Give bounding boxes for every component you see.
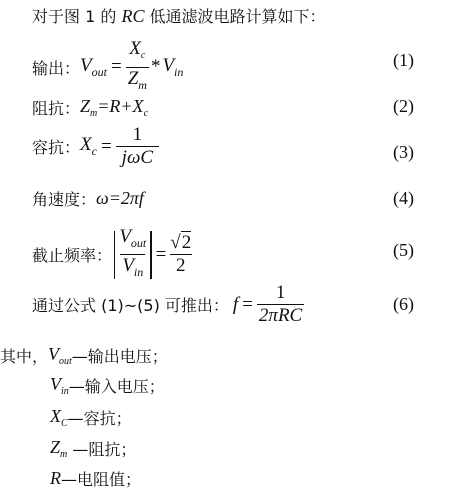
definition-desc: —输入电压； (69, 374, 165, 397)
equation-5-label: 截止频率： (32, 243, 112, 266)
sqrt-icon: √ (170, 232, 180, 253)
definition-row-5: R —电阻值； (50, 467, 141, 488)
equation-5: 截止频率： Vout Vin = √2 2 (32, 226, 193, 283)
intro-text-a: 对于图 1 的 (32, 7, 121, 26)
definition-symbol: Zm (50, 437, 67, 460)
definition-row-4: Zm —阻抗； (50, 437, 136, 460)
definition-desc: —容抗； (68, 406, 132, 429)
equation-3-lhs: Xc (80, 134, 97, 159)
definition-symbol: Vin (50, 374, 69, 397)
definition-desc: —电阻值； (61, 467, 141, 488)
abs-bar-left (114, 231, 115, 279)
equation-number-5: (5) (393, 240, 414, 261)
definition-row-1: 其中， Vout —输出电压； (0, 344, 168, 367)
equals-sign: = (111, 56, 122, 78)
equation-number-4: (4) (393, 188, 414, 209)
equation-6-label: 通过公式 (1)~(5) 可推出： (32, 293, 229, 316)
definition-desc: —输出电压； (72, 344, 168, 367)
equation-6: 通过公式 (1)~(5) 可推出： f = 1 2πRC (32, 282, 304, 327)
equals-sign: = (101, 136, 112, 158)
abs-bar-right (150, 231, 151, 279)
equals-sign: = (242, 294, 253, 316)
equation-number-6: (6) (393, 294, 414, 315)
equation-1-lhs: Vout (80, 55, 107, 80)
equation-2: 阻抗： Zm=R+Xc (32, 96, 148, 119)
multiply-sign: * (151, 56, 161, 78)
equation-3-label: 容抗： (32, 135, 80, 158)
equation-2-expr: Zm=R+Xc (80, 96, 148, 119)
equation-4-label: 角速度： (32, 187, 96, 210)
equation-1-label: 输出： (32, 56, 80, 79)
equation-1-tail: Vin (162, 55, 183, 80)
equation-5-rhs-fraction: √2 2 (168, 232, 193, 277)
definition-symbol: XC (50, 406, 68, 429)
equation-3-fraction: 1 jωC (116, 124, 159, 169)
equation-6-lhs: f (233, 294, 238, 316)
equation-number-1: (1) (393, 50, 414, 71)
intro-line: 对于图 1 的 RC 低通滤波电路计算如下： (32, 4, 326, 27)
equation-4: 角速度： ω=2πf (32, 187, 144, 210)
definition-symbol: R (50, 468, 61, 488)
definition-row-3: XC —容抗； (50, 406, 132, 429)
equation-2-label: 阻抗： (32, 96, 80, 119)
definition-symbol: Vout (48, 344, 72, 367)
equals-sign: = (156, 244, 167, 266)
definition-desc: —阻抗； (67, 437, 136, 460)
equation-number-2: (2) (393, 96, 414, 117)
equation-1-fraction: Xc Zm (126, 38, 149, 96)
equation-1: 输出： Vout = Xc Zm * Vin (32, 38, 183, 96)
equation-6-fraction: 1 2πRC (257, 282, 304, 327)
equation-number-3: (3) (393, 142, 414, 163)
equation-5-fraction: Vout Vin (117, 226, 148, 283)
intro-rc: RC (121, 6, 144, 26)
equation-4-expr: ω=2πf (96, 188, 144, 209)
intro-text-b: 低通滤波电路计算如下： (144, 7, 325, 26)
definitions-prefix: 其中， (0, 344, 48, 367)
equation-3: 容抗： Xc = 1 jωC (32, 124, 159, 169)
definition-row-2: Vin —输入电压； (50, 374, 165, 397)
